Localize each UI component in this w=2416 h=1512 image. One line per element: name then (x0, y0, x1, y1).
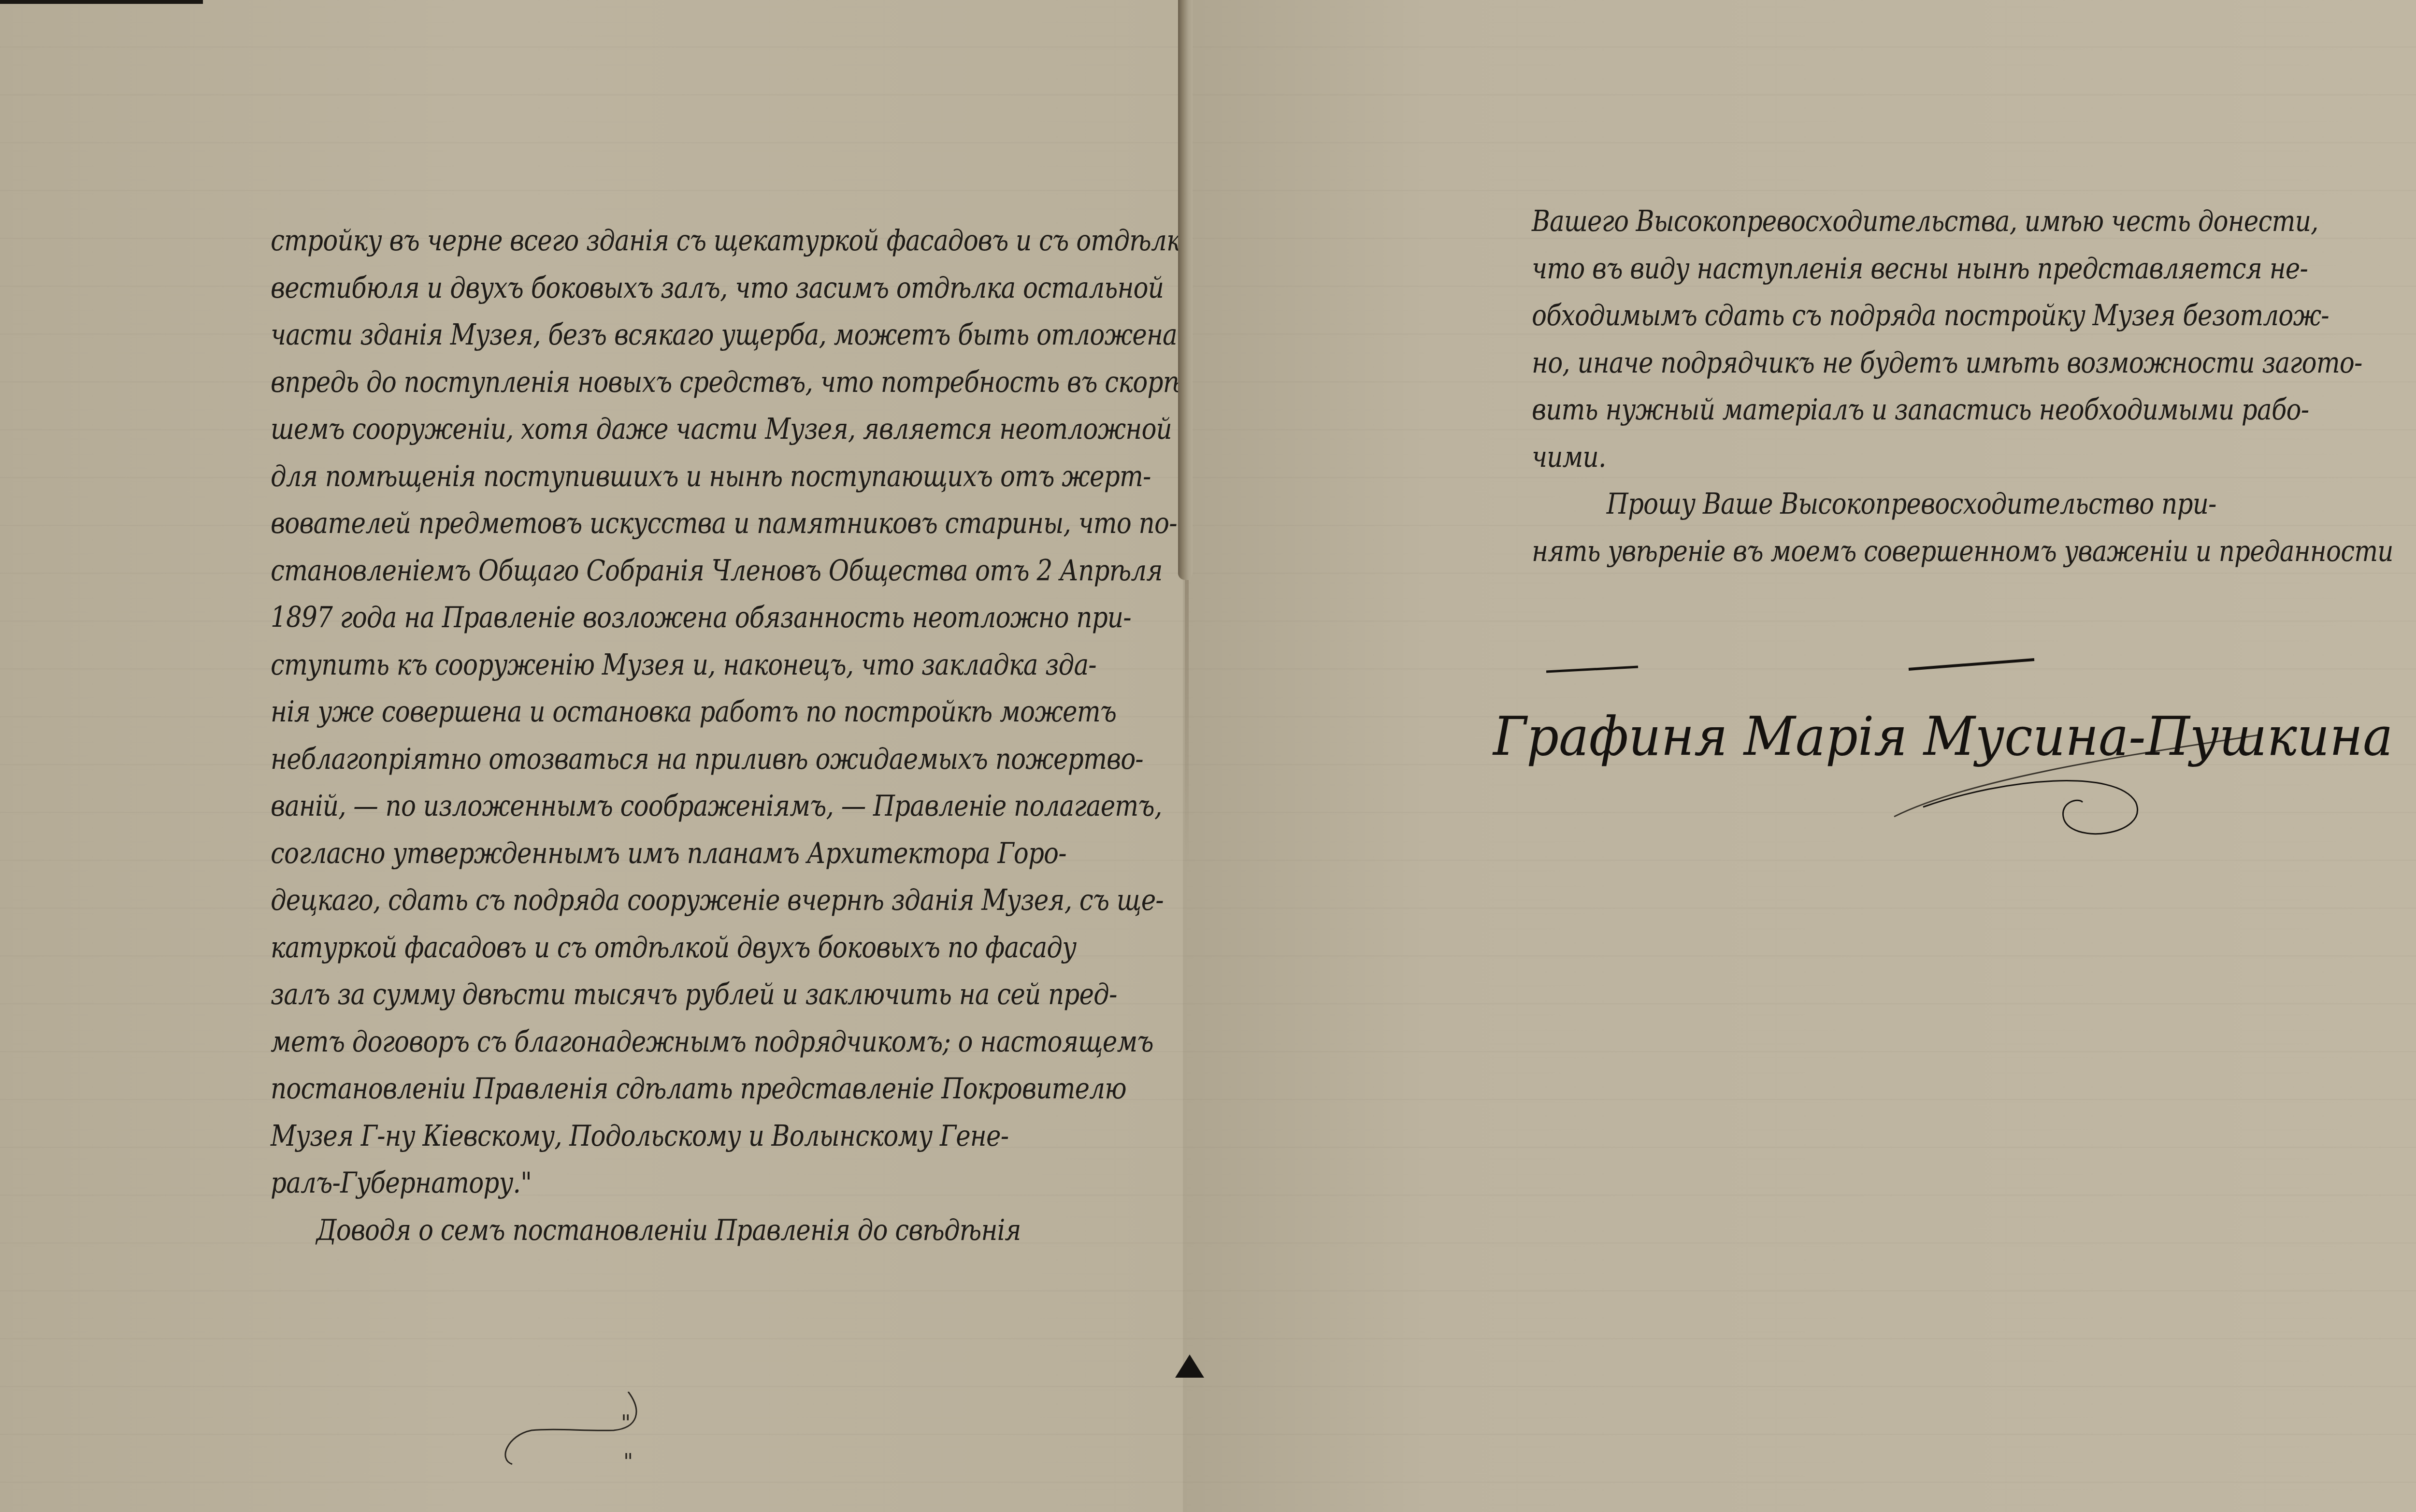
spine-fold-shadow (1185, 580, 1189, 870)
text-line: согласно утвержденнымъ имъ планамъ Архит… (271, 830, 1060, 878)
left-page: стройку въ черне всего зданія съ щекатур… (0, 0, 1183, 1512)
text-line: Вашего Высокопревосходительства, имѣю че… (1532, 198, 2305, 245)
text-line: ралъ-Губернатору." (271, 1160, 1060, 1207)
text-line: ваній, — по изложеннымъ соображеніямъ, —… (271, 783, 1060, 830)
text-line: нія уже совершена и остановка работъ по … (271, 689, 1060, 736)
text-line: постановленіи Правленія сдѣлать представ… (271, 1066, 1060, 1113)
text-line: вователей предметовъ искусства и памятни… (271, 500, 1060, 547)
book-spine-fold (1178, 0, 1193, 580)
scan-edge-shadow (0, 0, 203, 4)
text-line: вить нужный матеріалъ и запастись необхо… (1532, 387, 2305, 434)
text-line: обходимымъ сдать съ подряда постройку Му… (1532, 292, 2305, 340)
text-line: ступить къ сооруженію Музея и, наконецъ,… (271, 642, 1060, 689)
text-line: Музея Г-ну Кіевскому, Подольскому и Волы… (271, 1113, 1060, 1160)
text-line: для помѣщенія поступившихъ и нынѣ поступ… (271, 453, 1060, 501)
text-line: неблагопріятно отозваться на приливѣ ожи… (271, 736, 1060, 783)
right-page-text: Вашего Высокопревосходительства, имѣю че… (1532, 198, 2416, 575)
text-line: становленіемъ Общаго Собранія Членовъ Об… (271, 547, 1060, 595)
text-line-paragraph-start: Прошу Ваше Высокопревосходительство при- (1532, 481, 2305, 528)
text-line: метъ договоръ съ благонадежнымъ подрядчи… (271, 1019, 1060, 1066)
document-spread: стройку въ черне всего зданія съ щекатур… (0, 0, 2416, 1512)
text-line: стройку въ черне всего зданія съ щекатур… (271, 217, 1060, 265)
signature: Графиня Марія Мусина-Пушкина (1493, 706, 2393, 767)
text-line: впредь до поступленія новыхъ средствъ, ч… (271, 359, 1060, 406)
binding-hole-mark (1175, 1354, 1204, 1378)
text-line: части зданія Музея, безъ всякаго ущерба,… (271, 312, 1060, 359)
pen-flourish-icon (498, 1392, 749, 1488)
text-line: что въ виду наступленія весны нынѣ предс… (1532, 245, 2305, 293)
text-line: но, иначе подрядчикъ не будетъ имѣть воз… (1532, 340, 2305, 387)
text-line: катуркой фасадовъ и съ отдѣлкой двухъ бо… (271, 924, 1060, 972)
text-line: нять увѣреніе въ моемъ совершенномъ уваж… (1532, 528, 2305, 576)
faded-stamp-bleedthrough (749, 111, 855, 198)
text-line: чими. (1532, 434, 2305, 481)
text-line: 1897 года на Правленіе возложена обязанн… (271, 594, 1060, 642)
text-line-paragraph-start: Доводя о семъ постановленіи Правленія до… (271, 1207, 1060, 1254)
text-line: вестибюля и двухъ боковыхъ залъ, что зас… (271, 265, 1060, 312)
left-page-text: стройку въ черне всего зданія съ щекатур… (271, 217, 1189, 1254)
text-line: залъ за сумму двѣсти тысячъ рублей и зак… (271, 971, 1060, 1019)
text-line: шемъ сооруженіи, хотя даже части Музея, … (271, 406, 1060, 453)
text-line: децкаго, сдать съ подряда сооруженіе вче… (271, 877, 1060, 924)
